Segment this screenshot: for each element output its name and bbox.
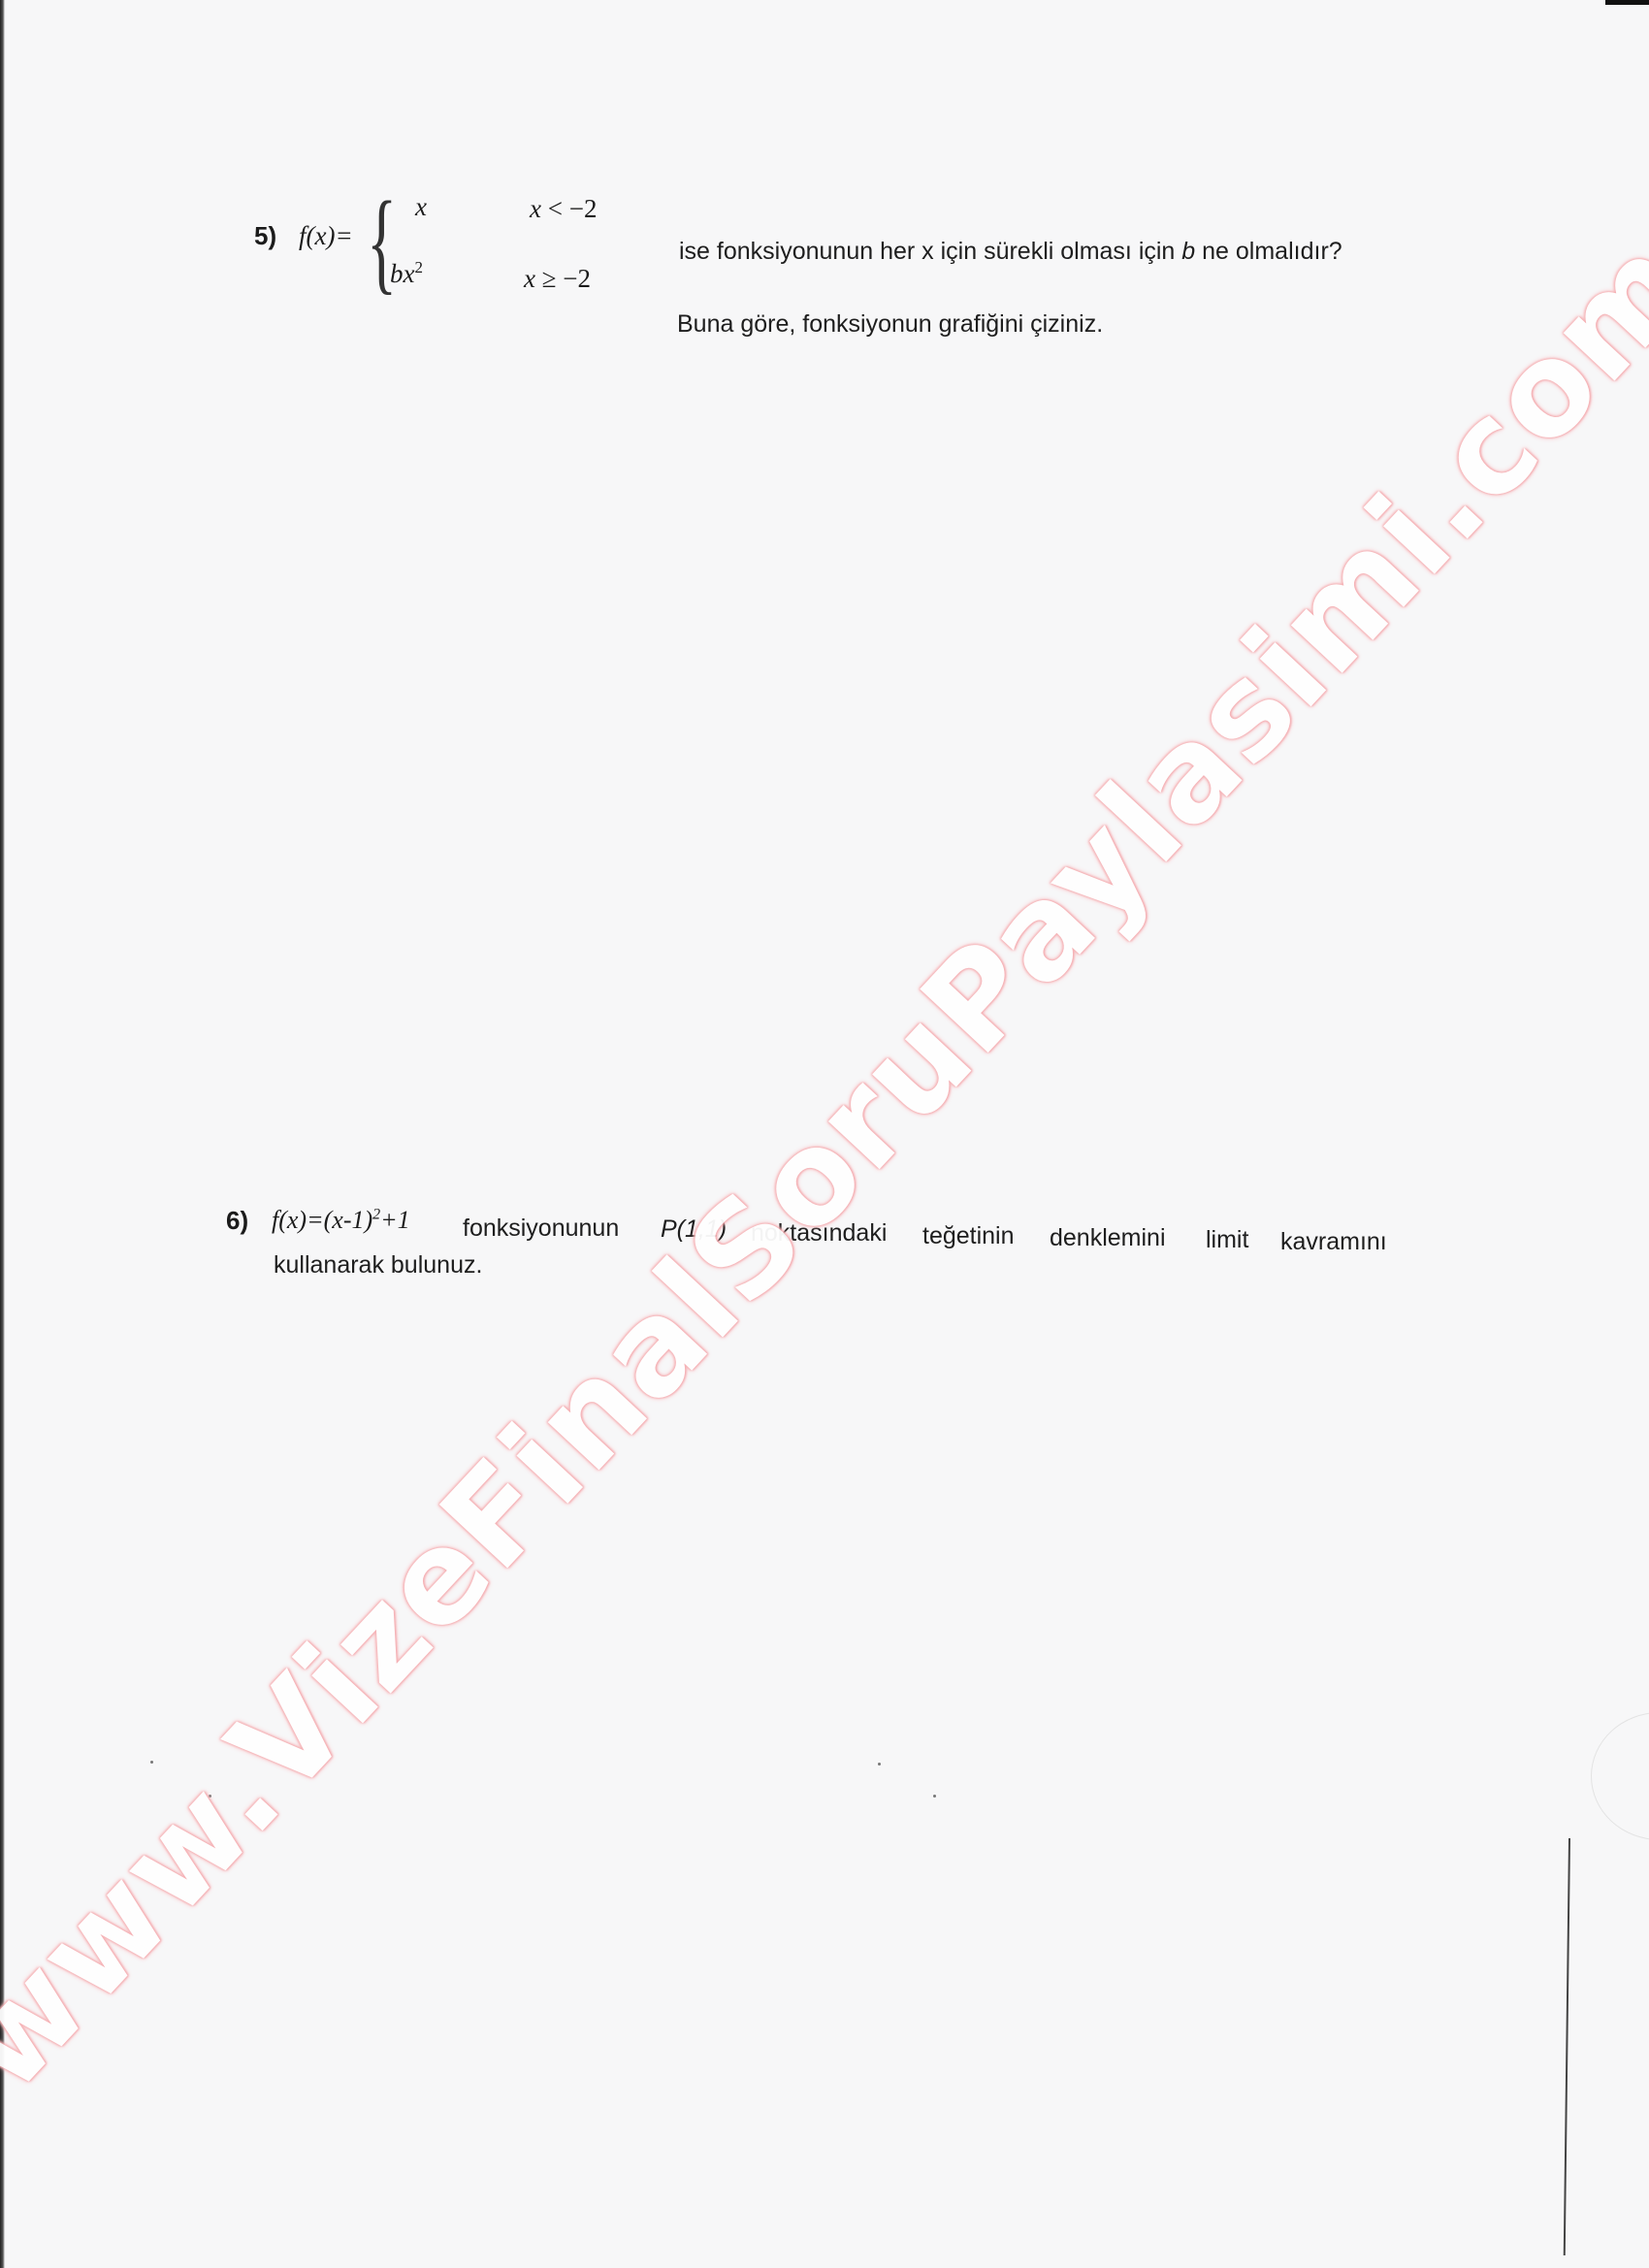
scan-corner-mark (1605, 0, 1649, 5)
scan-faint-arc (1591, 1712, 1649, 1840)
watermark: www.VizeFinalSoruPaylasimi.com (0, 209, 1649, 2119)
scan-speck (878, 1763, 881, 1766)
word: teğetinin (922, 1222, 1015, 1250)
function-lhs: f(x)= (299, 221, 353, 251)
question-5-followup: Buna göre, fonksiyonun grafiğini çiziniz… (677, 310, 1103, 339)
scan-speck (150, 1761, 153, 1764)
word: fonksiyonunun (463, 1215, 619, 1243)
question-5-prompt: ise fonksiyonunun her x için sürekli olm… (679, 238, 1342, 266)
question-number: 6) (226, 1206, 248, 1236)
exam-page: 5) f(x)= { x x < −2 bx2 x ≥ −2 ise fonks… (0, 0, 1649, 2268)
question-6-line-2: kullanarak bulunuz. (274, 1251, 482, 1280)
question-6-function: f(x)=(x-1)2+1 (272, 1206, 410, 1235)
case-2-expr: bx2 (390, 258, 423, 289)
case-2-condition: x ≥ −2 (524, 264, 591, 294)
case-1-condition: x < −2 (530, 194, 597, 224)
word: kavramını (1280, 1228, 1387, 1256)
case-1-expr: x (415, 192, 427, 222)
word: denklemini (1050, 1224, 1166, 1252)
scan-speck (933, 1795, 936, 1798)
question-number: 5) (254, 221, 276, 251)
scan-left-edge (0, 0, 5, 2268)
word: limit (1206, 1226, 1248, 1254)
scan-pen-stroke (1564, 1838, 1570, 2255)
